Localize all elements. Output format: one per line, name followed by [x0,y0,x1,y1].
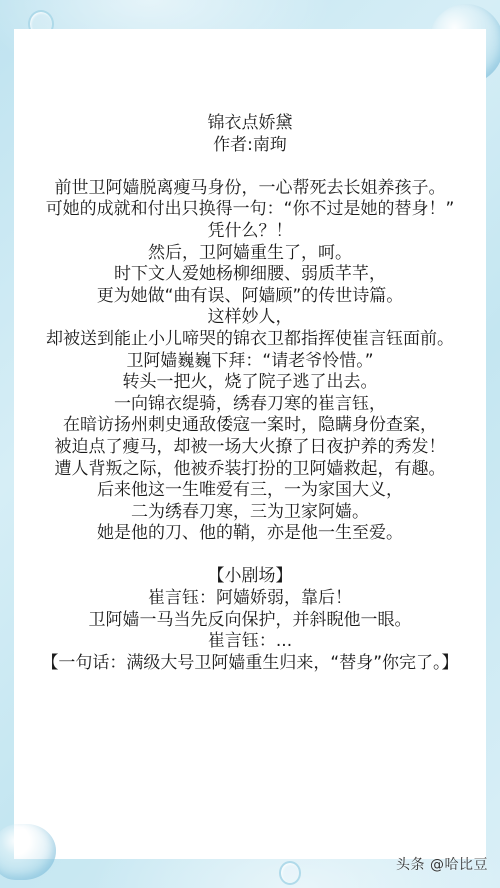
spacer [14,545,486,567]
synopsis-line: 遭人背叛之际，他被乔装打扮的卫阿嫱救起，有趣。 [14,459,486,481]
synopsis-line: 她是他的刀、他的鞘，亦是他一生至爱。 [14,523,486,545]
synopsis-line: 更为她做“曲有误、阿嫱顾”的传世诗篇。 [14,286,486,308]
synopsis-line: 后来他这一生唯爱有三，一为家国大义， [14,480,486,502]
theater-heading: 【小剧场】 [14,566,486,588]
synopsis-line: 这样妙人， [14,307,486,329]
author-line: 作者:南珣 [14,135,486,157]
one-liner-summary: 【一句话：满级大号卫阿嫱重生归来，“替身”你完了。】 [14,653,486,675]
synopsis-line: 前世卫阿嫱脱离瘦马身份，一心帮死去长姐养孩子。 [14,178,486,200]
synopsis-line: 卫阿嫱巍巍下拜：“请老爷怜惜。” [14,351,486,373]
bubble-ring-bottom-center [279,861,301,885]
synopsis-line: 二为绣春刀寒，三为卫家阿嫱。 [14,502,486,524]
document-card: 锦衣点娇黛 作者:南珣 前世卫阿嫱脱离瘦马身份，一心帮死去长姐养孩子。 可她的成… [14,29,486,859]
theater-line: 崔言钰：... [14,631,486,653]
synopsis-line: 却被送到能止小儿啼哭的锦衣卫都指挥使崔言钰面前。 [14,329,486,351]
spacer [14,156,486,178]
synopsis-line: 转头一把火，烧了院子逃了出去。 [14,372,486,394]
synopsis-line: 凭什么？！ [14,221,486,243]
synopsis-line: 然后，卫阿嫱重生了，呵。 [14,243,486,265]
synopsis-line: 时下文人爱她杨柳细腰、弱质芊芊， [14,264,486,286]
synopsis-line: 一向锦衣缇骑，绣春刀寒的崔言钰， [14,394,486,416]
document-body: 锦衣点娇黛 作者:南珣 前世卫阿嫱脱离瘦马身份，一心帮死去长姐养孩子。 可她的成… [14,113,486,674]
watermark-text: 头条 @哈比豆 [396,854,488,874]
theater-line: 卫阿嫱一马当先反向保护，并斜睨他一眼。 [14,610,486,632]
synopsis-line: 可她的成就和付出只换得一句：“你不过是她的替身！” [14,199,486,221]
document-title: 锦衣点娇黛 [14,113,486,135]
theater-line: 崔言钰：阿嫱娇弱，靠后！ [14,588,486,610]
synopsis-line: 被迫点了瘦马，却被一场大火撩了日夜护养的秀发！ [14,437,486,459]
synopsis-line: 在暗访扬州刺史通敌倭寇一案时，隐瞒身份查案， [14,415,486,437]
